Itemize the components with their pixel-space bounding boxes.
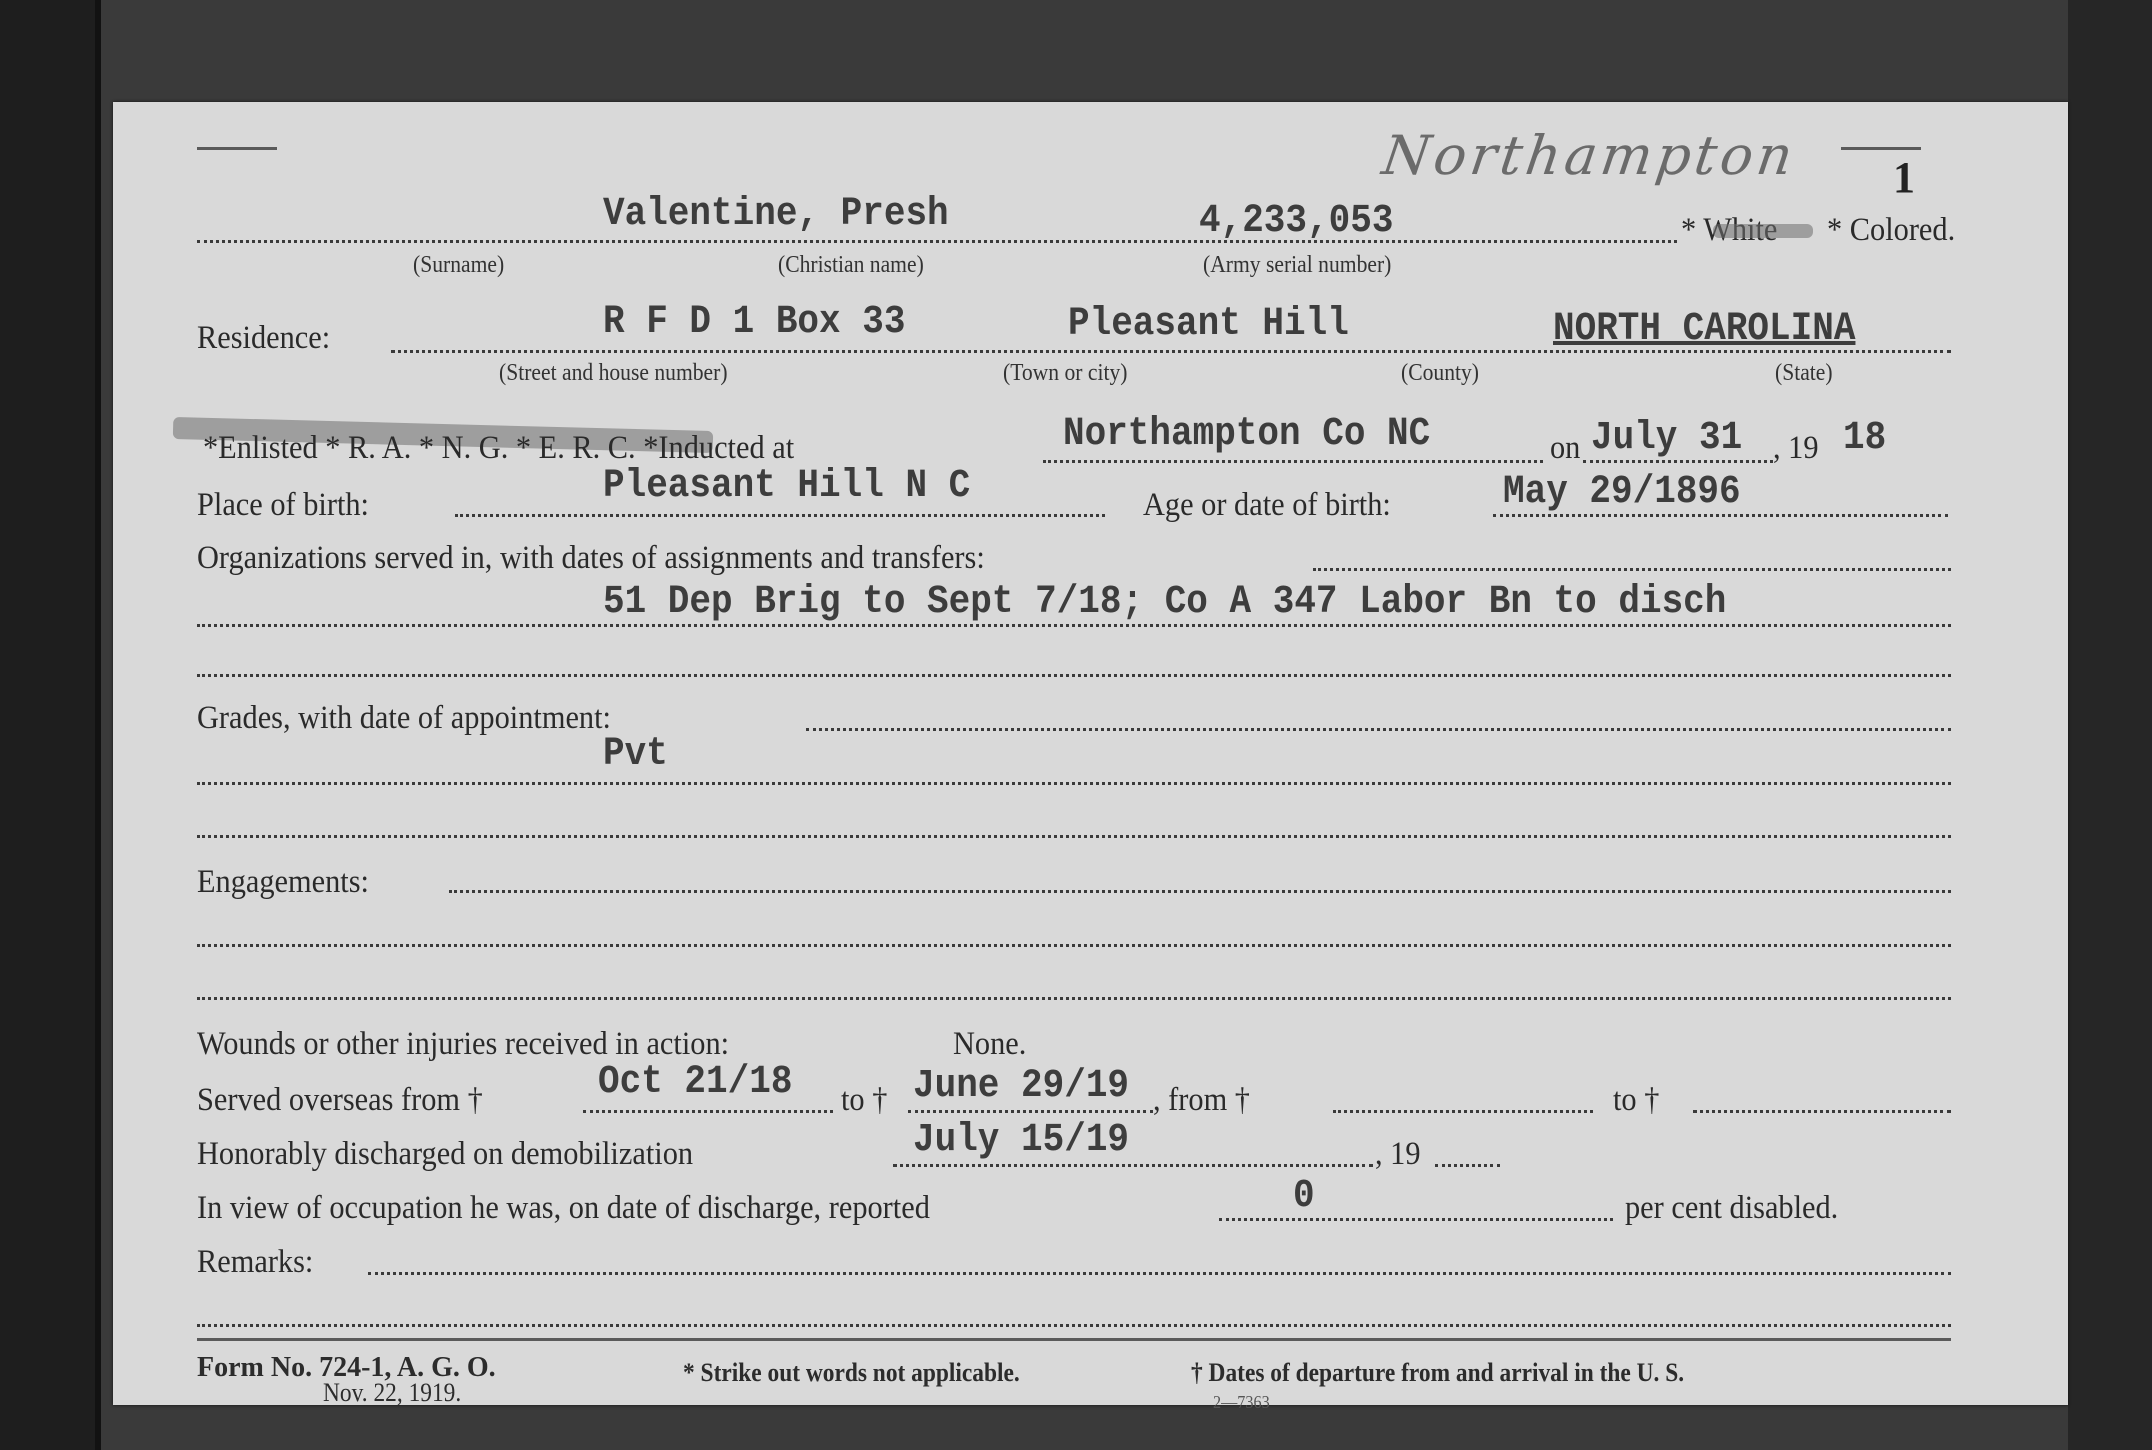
remarks-line-2: [197, 1324, 1951, 1327]
top-left-dash: [197, 147, 277, 150]
grades-value: Pvt: [603, 732, 668, 777]
form-date: Nov. 22, 1919.: [323, 1378, 461, 1408]
wounds-value: None.: [953, 1026, 1026, 1063]
overseas-label: Served overseas from †: [197, 1082, 483, 1119]
caption-town: (Town or city): [1003, 360, 1127, 387]
overseas-to-line: [908, 1110, 1153, 1113]
induction-place-value: Northampton Co NC: [1063, 412, 1430, 457]
service-record-card: 1 Northampton Valentine, Presh 4,233,053…: [113, 102, 2068, 1405]
overseas-from2-line: [1333, 1110, 1593, 1113]
card-number: 1: [1893, 152, 1915, 203]
overseas-to2-line: [1693, 1110, 1951, 1113]
dates-note: † Dates of departure from and arrival in…: [1191, 1358, 1684, 1388]
remarks-label: Remarks:: [197, 1244, 313, 1281]
overseas-from-line: [583, 1110, 833, 1113]
caption-christian-name: (Christian name): [778, 252, 924, 279]
disability-suffix: per cent disabled.: [1625, 1190, 1838, 1227]
residence-state-value: NORTH CAROLINA: [1553, 307, 1855, 352]
residence-street-value: R F D 1 Box 33: [603, 300, 905, 345]
induction-year-prefix: , 19: [1773, 430, 1819, 467]
caption-county: (County): [1401, 360, 1479, 387]
wounds-label: Wounds or other injuries received in act…: [197, 1026, 729, 1063]
grades-line-1: [806, 728, 1951, 731]
engagements-line-1: [449, 890, 1951, 893]
overseas-from2-label: , from †: [1153, 1082, 1250, 1119]
caption-state: (State): [1775, 360, 1833, 387]
name-value: Valentine, Presh: [603, 192, 949, 237]
disability-label: In view of occupation he was, on date of…: [197, 1190, 930, 1227]
birth-age-label: Age or date of birth:: [1143, 487, 1391, 524]
engagements-label: Engagements:: [197, 864, 369, 901]
remarks-line-1: [368, 1272, 1951, 1275]
induction-place-line: [1043, 460, 1543, 463]
engagements-line-2: [197, 944, 1951, 947]
grades-line-2: [197, 782, 1951, 785]
discharge-year-label: , 19: [1375, 1136, 1421, 1173]
handwritten-county: Northampton: [1379, 124, 1801, 187]
discharge-label: Honorably discharged on demobilization: [197, 1136, 693, 1173]
footer-rule: [197, 1338, 1951, 1341]
grades-line-3: [197, 835, 1951, 838]
induction-label: *Enlisted * R. A. * N. G. * E. R. C. *In…: [203, 430, 794, 467]
strike-note: * Strike out words not applicable.: [683, 1358, 1020, 1388]
organizations-line-3: [197, 674, 1951, 677]
grades-label: Grades, with date of appointment:: [197, 700, 611, 737]
birth-age-line: [1493, 514, 1948, 517]
scan-border-line: [95, 0, 101, 1450]
scan-border-right: [2068, 0, 2152, 1450]
overseas-to-label: to †: [841, 1082, 887, 1119]
disability-value: 0: [1293, 1174, 1315, 1219]
organizations-value: 51 Dep Brig to Sept 7/18; Co A 347 Labor…: [603, 580, 1726, 625]
birth-place-line: [455, 514, 1105, 517]
induction-year-value: 18: [1843, 416, 1886, 461]
serial-value: 4,233,053: [1199, 199, 1393, 244]
discharge-line: [893, 1164, 1373, 1167]
organizations-label: Organizations served in, with dates of a…: [197, 540, 985, 577]
organizations-line-2: [197, 624, 1951, 627]
overseas-from-value: Oct 21/18: [598, 1060, 792, 1105]
birth-age-value: May 29/1896: [1503, 470, 1741, 515]
scan-border-left: [0, 0, 95, 1450]
race-colored-option: * Colored.: [1827, 212, 1955, 249]
caption-street: (Street and house number): [499, 360, 728, 387]
induction-date-value: July 31: [1591, 416, 1742, 461]
birth-place-value: Pleasant Hill N C: [603, 464, 970, 509]
overseas-to-value: June 29/19: [913, 1064, 1129, 1109]
birth-place-label: Place of birth:: [197, 487, 369, 524]
discharge-year-line: [1435, 1164, 1500, 1167]
name-line: [197, 240, 1677, 243]
caption-surname: (Surname): [413, 252, 504, 279]
race-white-strike: [1713, 224, 1813, 238]
caption-serial: (Army serial number): [1203, 252, 1391, 279]
discharge-value: July 15/19: [913, 1118, 1129, 1163]
print-code: 2—7363: [1213, 1392, 1270, 1413]
residence-line: [391, 350, 1951, 353]
induction-on-label: on: [1550, 430, 1580, 467]
organizations-line-1: [1313, 568, 1951, 571]
overseas-to2-label: to †: [1613, 1082, 1659, 1119]
residence-label: Residence:: [197, 320, 330, 357]
engagements-line-3: [197, 997, 1951, 1000]
residence-town-value: Pleasant Hill: [1068, 302, 1349, 347]
induction-date-line: [1583, 460, 1773, 463]
disability-line: [1219, 1218, 1613, 1221]
top-right-dash: [1841, 147, 1921, 150]
